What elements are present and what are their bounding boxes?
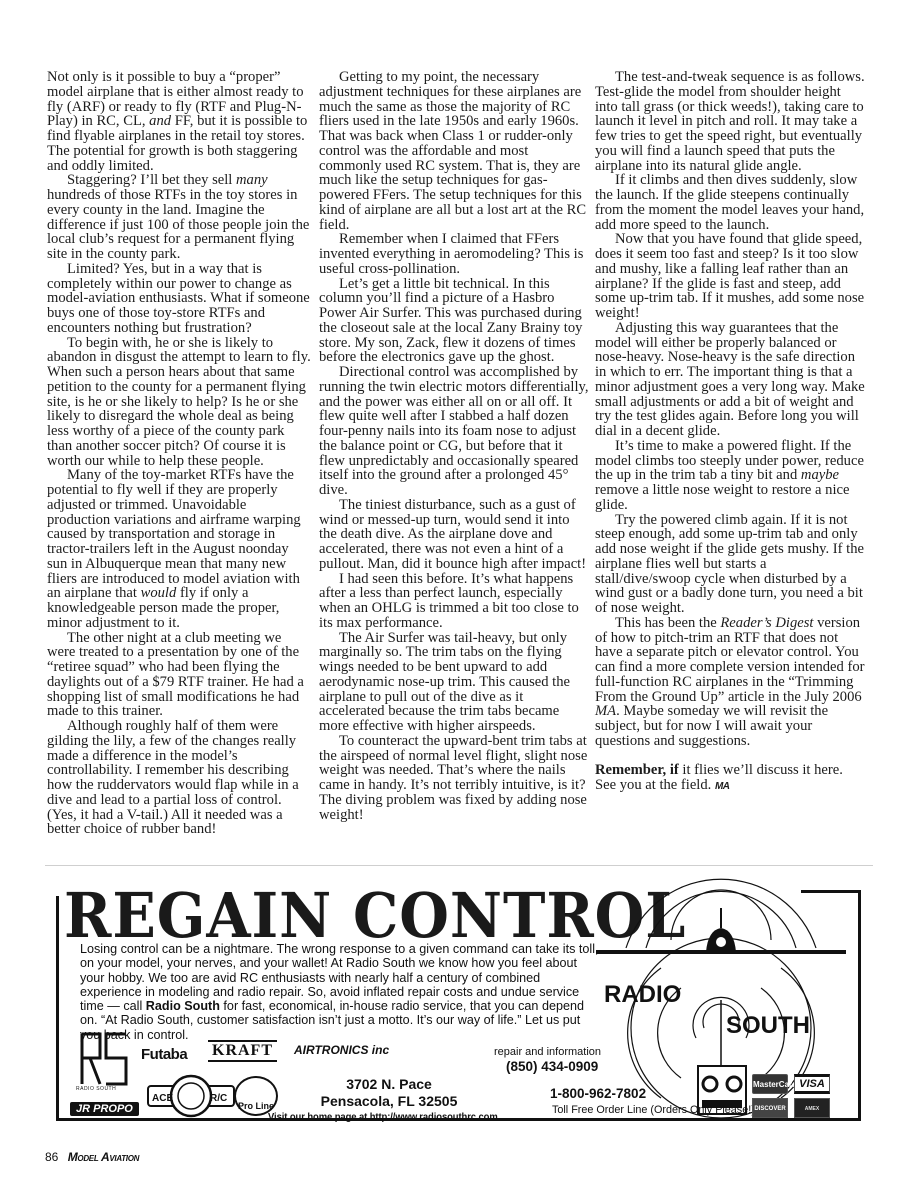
article-columns: Not only is it possible to buy a “proper… xyxy=(47,70,865,860)
page-number: 86 xyxy=(45,1150,58,1164)
paragraph: The tiniest disturbance, such as a gust … xyxy=(319,498,589,572)
radio-south-caption: RADIO SOUTH xyxy=(76,1086,116,1092)
paragraph: This has been the Reader’s Digest versio… xyxy=(595,616,865,749)
ma-end-mark: MA xyxy=(715,781,730,792)
paragraph: Try the powered climb again. If it is no… xyxy=(595,513,865,616)
paragraph: To counteract the upward-bent trim tabs … xyxy=(319,734,589,823)
article-column-1: Not only is it possible to buy a “proper… xyxy=(47,70,311,837)
article-column-3: The test-and-tweak sequence is as follow… xyxy=(595,70,865,795)
paragraph: I had seen this before. It’s what happen… xyxy=(319,572,589,631)
jr-propo-logo: JR PROPO xyxy=(70,1102,139,1116)
ad-border xyxy=(56,896,59,1121)
paragraph: Staggering? I’ll bet they sell many hund… xyxy=(47,173,311,262)
tollfree-phone: 1-800-962-7802 xyxy=(550,1086,646,1101)
paragraph: Let’s get a little bit technical. In thi… xyxy=(319,277,589,366)
paragraph: Not only is it possible to buy a “proper… xyxy=(47,70,311,173)
repair-phone: (850) 434-0909 xyxy=(506,1059,598,1074)
amex-icon: AMEX xyxy=(794,1098,830,1118)
mastercard-icon: MasterCard xyxy=(752,1074,788,1094)
ad-address: 3702 N. Pace Pensacola, FL 32505 xyxy=(314,1076,464,1110)
ace-rc-logo-icon: ACE R/C xyxy=(146,1074,236,1118)
paragraph: Adjusting this way guarantees that the m… xyxy=(595,321,865,439)
futaba-logo: Futaba xyxy=(141,1046,187,1063)
magazine-name: Model Aviation xyxy=(68,1150,139,1164)
paragraph: The Air Surfer was tail-heavy, but only … xyxy=(319,631,589,734)
page-footer: 86 Model Aviation xyxy=(45,1150,139,1164)
tollfree-label: Toll Free Order Line (Orders Only Please… xyxy=(552,1104,755,1116)
radio-south-advertisement: REGAIN CONTROL Losing control can be a n… xyxy=(56,878,861,1128)
section-divider xyxy=(45,865,873,866)
paragraph: The other night at a club meeting we wer… xyxy=(47,631,311,720)
paragraph: Many of the toy-market RTFs have the pot… xyxy=(47,468,311,630)
paragraph: If it climbs and then dives suddenly, sl… xyxy=(595,173,865,232)
radio-south-monogram-icon xyxy=(78,1030,130,1088)
paragraph: Remember when I claimed that FFers inven… xyxy=(319,232,589,276)
paragraph: To begin with, he or she is likely to ab… xyxy=(47,336,311,469)
kraft-logo: KRAFT xyxy=(208,1040,277,1062)
svg-text:R/C: R/C xyxy=(210,1093,227,1104)
paragraph: Limited? Yes, but in a way that is compl… xyxy=(47,262,311,336)
svg-text:SOUTH: SOUTH xyxy=(726,1012,810,1039)
airtronics-logo: AIRTRONICS inc xyxy=(294,1043,389,1057)
signoff: Remember, if it flies we’ll discuss it h… xyxy=(595,763,865,795)
ad-body-text: Losing control can be a nightmare. The w… xyxy=(80,942,600,1042)
ad-website[interactable]: Visit our home page at http://www.radios… xyxy=(268,1111,498,1123)
paragraph: Getting to my point, the necessary adjus… xyxy=(319,70,589,232)
discover-icon: DISCOVER xyxy=(752,1098,788,1118)
article-column-2: Getting to my point, the necessary adjus… xyxy=(319,70,589,822)
repair-label: repair and information xyxy=(494,1046,601,1058)
visa-icon: VISA xyxy=(794,1074,830,1094)
svg-text:RADIO: RADIO xyxy=(604,981,681,1008)
pro-line-logo: Pro Line xyxy=(234,1076,278,1116)
paragraph: It’s time to make a powered flight. If t… xyxy=(595,439,865,513)
paragraph: Directional control was accomplished by … xyxy=(319,365,589,498)
paragraph: Although roughly half of them were gildi… xyxy=(47,719,311,837)
paragraph: Now that you have found that glide speed… xyxy=(595,232,865,321)
paragraph: The test-and-tweak sequence is as follow… xyxy=(595,70,865,173)
svg-text:ACE: ACE xyxy=(152,1093,173,1104)
